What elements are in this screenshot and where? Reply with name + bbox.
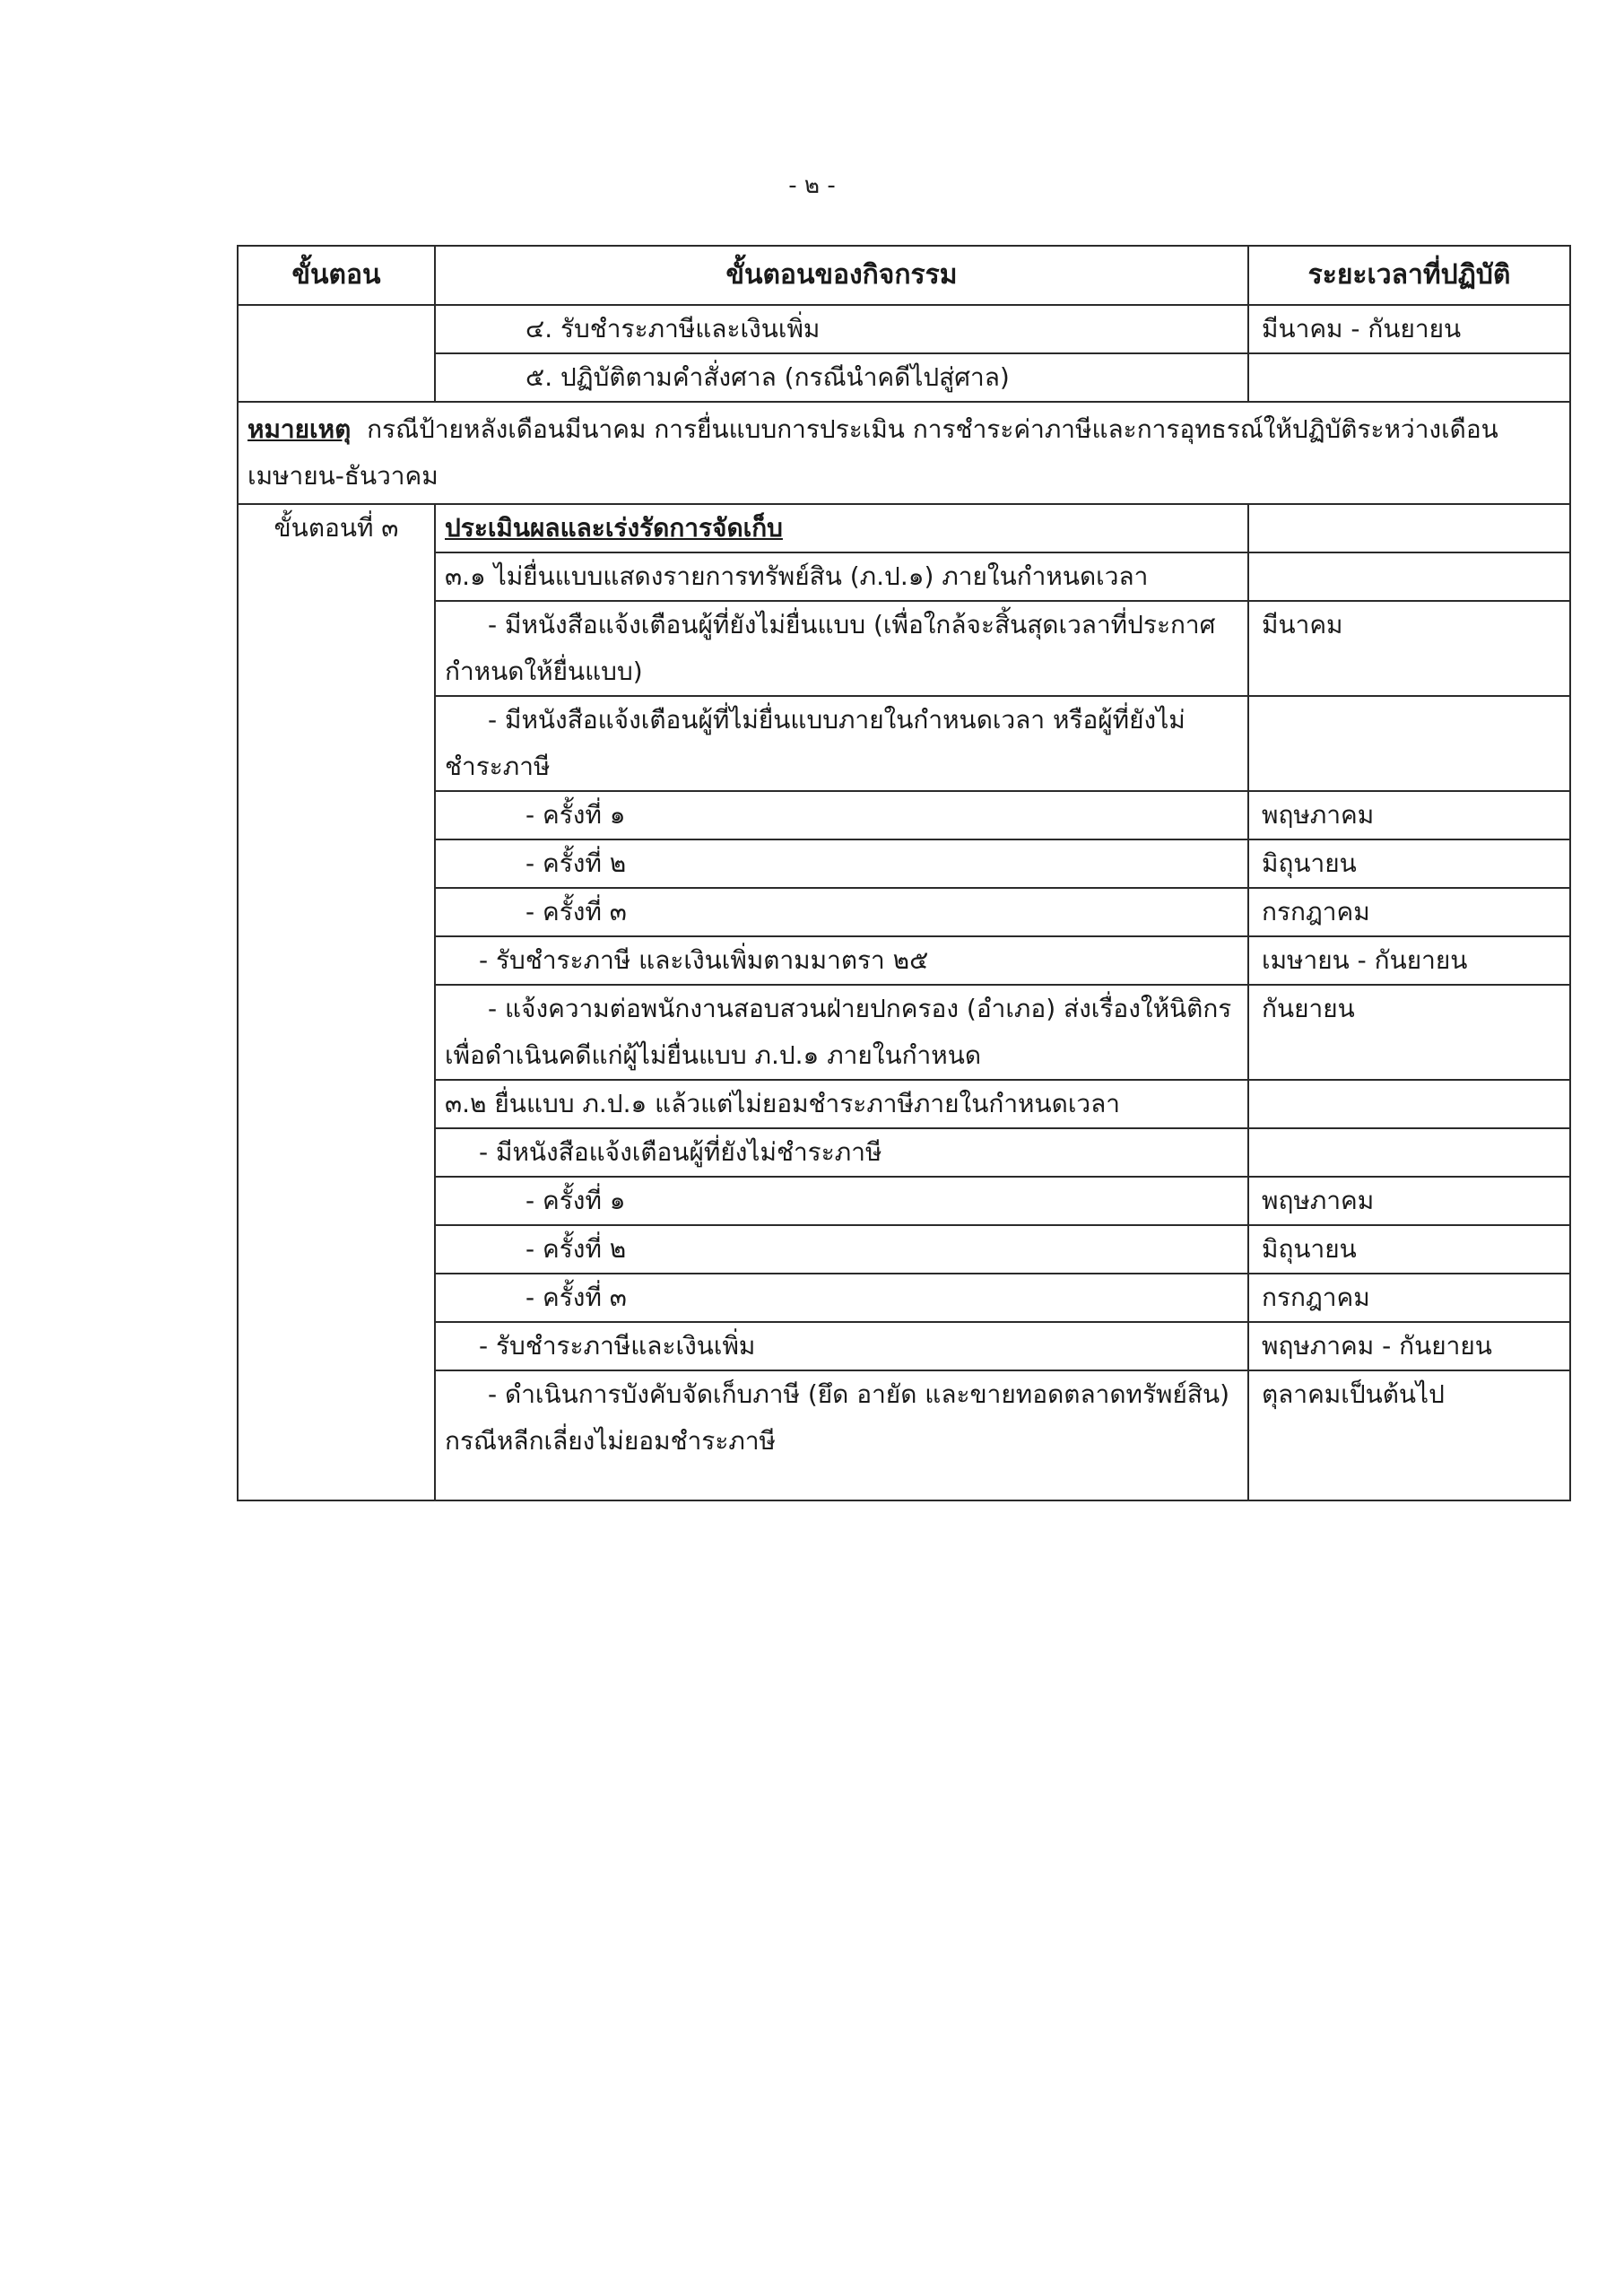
activity-cell: - แจ้งความต่อพนักงานสอบสวนฝ่ายปกครอง (อำ… <box>435 985 1248 1080</box>
table-row: - ครั้งที่ ๑ พฤษภาคม <box>238 1177 1570 1225</box>
period-cell: มิถุนายน <box>1248 1225 1570 1274</box>
note-text: กรณีป้ายหลังเดือนมีนาคม การยื่นแบบการประ… <box>248 414 1498 491</box>
period-cell <box>1248 552 1570 601</box>
period-cell <box>1248 504 1570 552</box>
activity-cell: - ครั้งที่ ๓ <box>435 1274 1248 1322</box>
table-row: - ครั้งที่ ๓ กรกฎาคม <box>238 888 1570 936</box>
period-cell: มีนาคม <box>1248 601 1570 696</box>
note-row: หมายเหตุ กรณีป้ายหลังเดือนมีนาคม การยื่น… <box>238 402 1570 504</box>
step-cell-empty <box>238 305 435 402</box>
table-row: ๔. รับชำระภาษีและเงินเพิ่ม มีนาคม - กันย… <box>238 305 1570 353</box>
step3-title-row: ขั้นตอนที่ ๓ ประเมินผลและเร่งรัดการจัดเก… <box>238 504 1570 552</box>
page-number: - ๒ - <box>0 167 1624 204</box>
table-row: ๓.๒ ยื่นแบบ ภ.ป.๑ แล้วแต่ไม่ยอมชำระภาษีภ… <box>238 1080 1570 1128</box>
period-cell <box>1248 696 1570 791</box>
activity-cell: - มีหนังสือแจ้งเตือนผู้ที่ยังไม่ยื่นแบบ … <box>435 601 1248 696</box>
step3-title: ประเมินผลและเร่งรัดการจัดเก็บ <box>435 504 1248 552</box>
period-cell: กันยายน <box>1248 985 1570 1080</box>
activity-schedule-table: ขั้นตอน ขั้นตอนของกิจกรรม ระยะเวลาที่ปฏิ… <box>237 245 1571 1501</box>
table-row: - มีหนังสือแจ้งเตือนผู้ที่ยังไม่ยื่นแบบ … <box>238 601 1570 696</box>
header-activity: ขั้นตอนของกิจกรรม <box>435 246 1248 305</box>
header-step: ขั้นตอน <box>238 246 435 305</box>
table-row: - รับชำระภาษีและเงินเพิ่ม พฤษภาคม - กันย… <box>238 1322 1570 1370</box>
period-cell <box>1248 1128 1570 1177</box>
period-cell: มีนาคม - กันยายน <box>1248 305 1570 353</box>
table-row: - ดำเนินการบังคับจัดเก็บภาษี (ยึด อายัด … <box>238 1370 1570 1500</box>
table-row: - มีหนังสือแจ้งเตือนผู้ที่ยังไม่ชำระภาษี <box>238 1128 1570 1177</box>
activity-cell: - ครั้งที่ ๑ <box>435 791 1248 839</box>
activity-cell: ๓.๒ ยื่นแบบ ภ.ป.๑ แล้วแต่ไม่ยอมชำระภาษีภ… <box>435 1080 1248 1128</box>
table-row: - ครั้งที่ ๑ พฤษภาคม <box>238 791 1570 839</box>
activity-cell: - รับชำระภาษีและเงินเพิ่ม <box>435 1322 1248 1370</box>
period-cell: พฤษภาคม <box>1248 791 1570 839</box>
activity-cell: - รับชำระภาษี และเงินเพิ่มตามมาตรา ๒๕ <box>435 936 1248 985</box>
table-header-row: ขั้นตอน ขั้นตอนของกิจกรรม ระยะเวลาที่ปฏิ… <box>238 246 1570 305</box>
activity-cell: - ดำเนินการบังคับจัดเก็บภาษี (ยึด อายัด … <box>435 1370 1248 1500</box>
header-period: ระยะเวลาที่ปฏิบัติ <box>1248 246 1570 305</box>
activity-cell: - ครั้งที่ ๒ <box>435 839 1248 888</box>
period-cell <box>1248 1080 1570 1128</box>
table-row: - รับชำระภาษี และเงินเพิ่มตามมาตรา ๒๕ เม… <box>238 936 1570 985</box>
step3-title-text: ประเมินผลและเร่งรัดการจัดเก็บ <box>445 513 783 543</box>
table-row: - มีหนังสือแจ้งเตือนผู้ที่ไม่ยื่นแบบภายใ… <box>238 696 1570 791</box>
step3-label: ขั้นตอนที่ ๓ <box>238 504 435 1500</box>
table-row: ๕. ปฏิบัติตามคำสั่งศาล (กรณีนำคดีไปสู่ศา… <box>238 353 1570 402</box>
activity-cell: - ครั้งที่ ๑ <box>435 1177 1248 1225</box>
period-cell: ตุลาคมเป็นต้นไป <box>1248 1370 1570 1500</box>
table-row: - ครั้งที่ ๒ มิถุนายน <box>238 839 1570 888</box>
note-label: หมายเหตุ <box>248 414 351 444</box>
table-row: - ครั้งที่ ๓ กรกฎาคม <box>238 1274 1570 1322</box>
table-row: - ครั้งที่ ๒ มิถุนายน <box>238 1225 1570 1274</box>
period-cell: พฤษภาคม <box>1248 1177 1570 1225</box>
activity-cell: ๓.๑ ไม่ยื่นแบบแสดงรายการทรัพย์สิน (ภ.ป.๑… <box>435 552 1248 601</box>
activity-cell: - มีหนังสือแจ้งเตือนผู้ที่ยังไม่ชำระภาษี <box>435 1128 1248 1177</box>
activity-cell: - ครั้งที่ ๒ <box>435 1225 1248 1274</box>
period-cell: กรกฎาคม <box>1248 888 1570 936</box>
activity-cell: - ครั้งที่ ๓ <box>435 888 1248 936</box>
period-cell: กรกฎาคม <box>1248 1274 1570 1322</box>
table-row: - แจ้งความต่อพนักงานสอบสวนฝ่ายปกครอง (อำ… <box>238 985 1570 1080</box>
period-cell: มิถุนายน <box>1248 839 1570 888</box>
activity-cell: ๕. ปฏิบัติตามคำสั่งศาล (กรณีนำคดีไปสู่ศา… <box>435 353 1248 402</box>
activity-cell: - มีหนังสือแจ้งเตือนผู้ที่ไม่ยื่นแบบภายใ… <box>435 696 1248 791</box>
note-cell: หมายเหตุ กรณีป้ายหลังเดือนมีนาคม การยื่น… <box>238 402 1570 504</box>
period-cell: พฤษภาคม - กันยายน <box>1248 1322 1570 1370</box>
period-cell: เมษายน - กันยายน <box>1248 936 1570 985</box>
period-cell <box>1248 353 1570 402</box>
table-row: ๓.๑ ไม่ยื่นแบบแสดงรายการทรัพย์สิน (ภ.ป.๑… <box>238 552 1570 601</box>
activity-cell: ๔. รับชำระภาษีและเงินเพิ่ม <box>435 305 1248 353</box>
